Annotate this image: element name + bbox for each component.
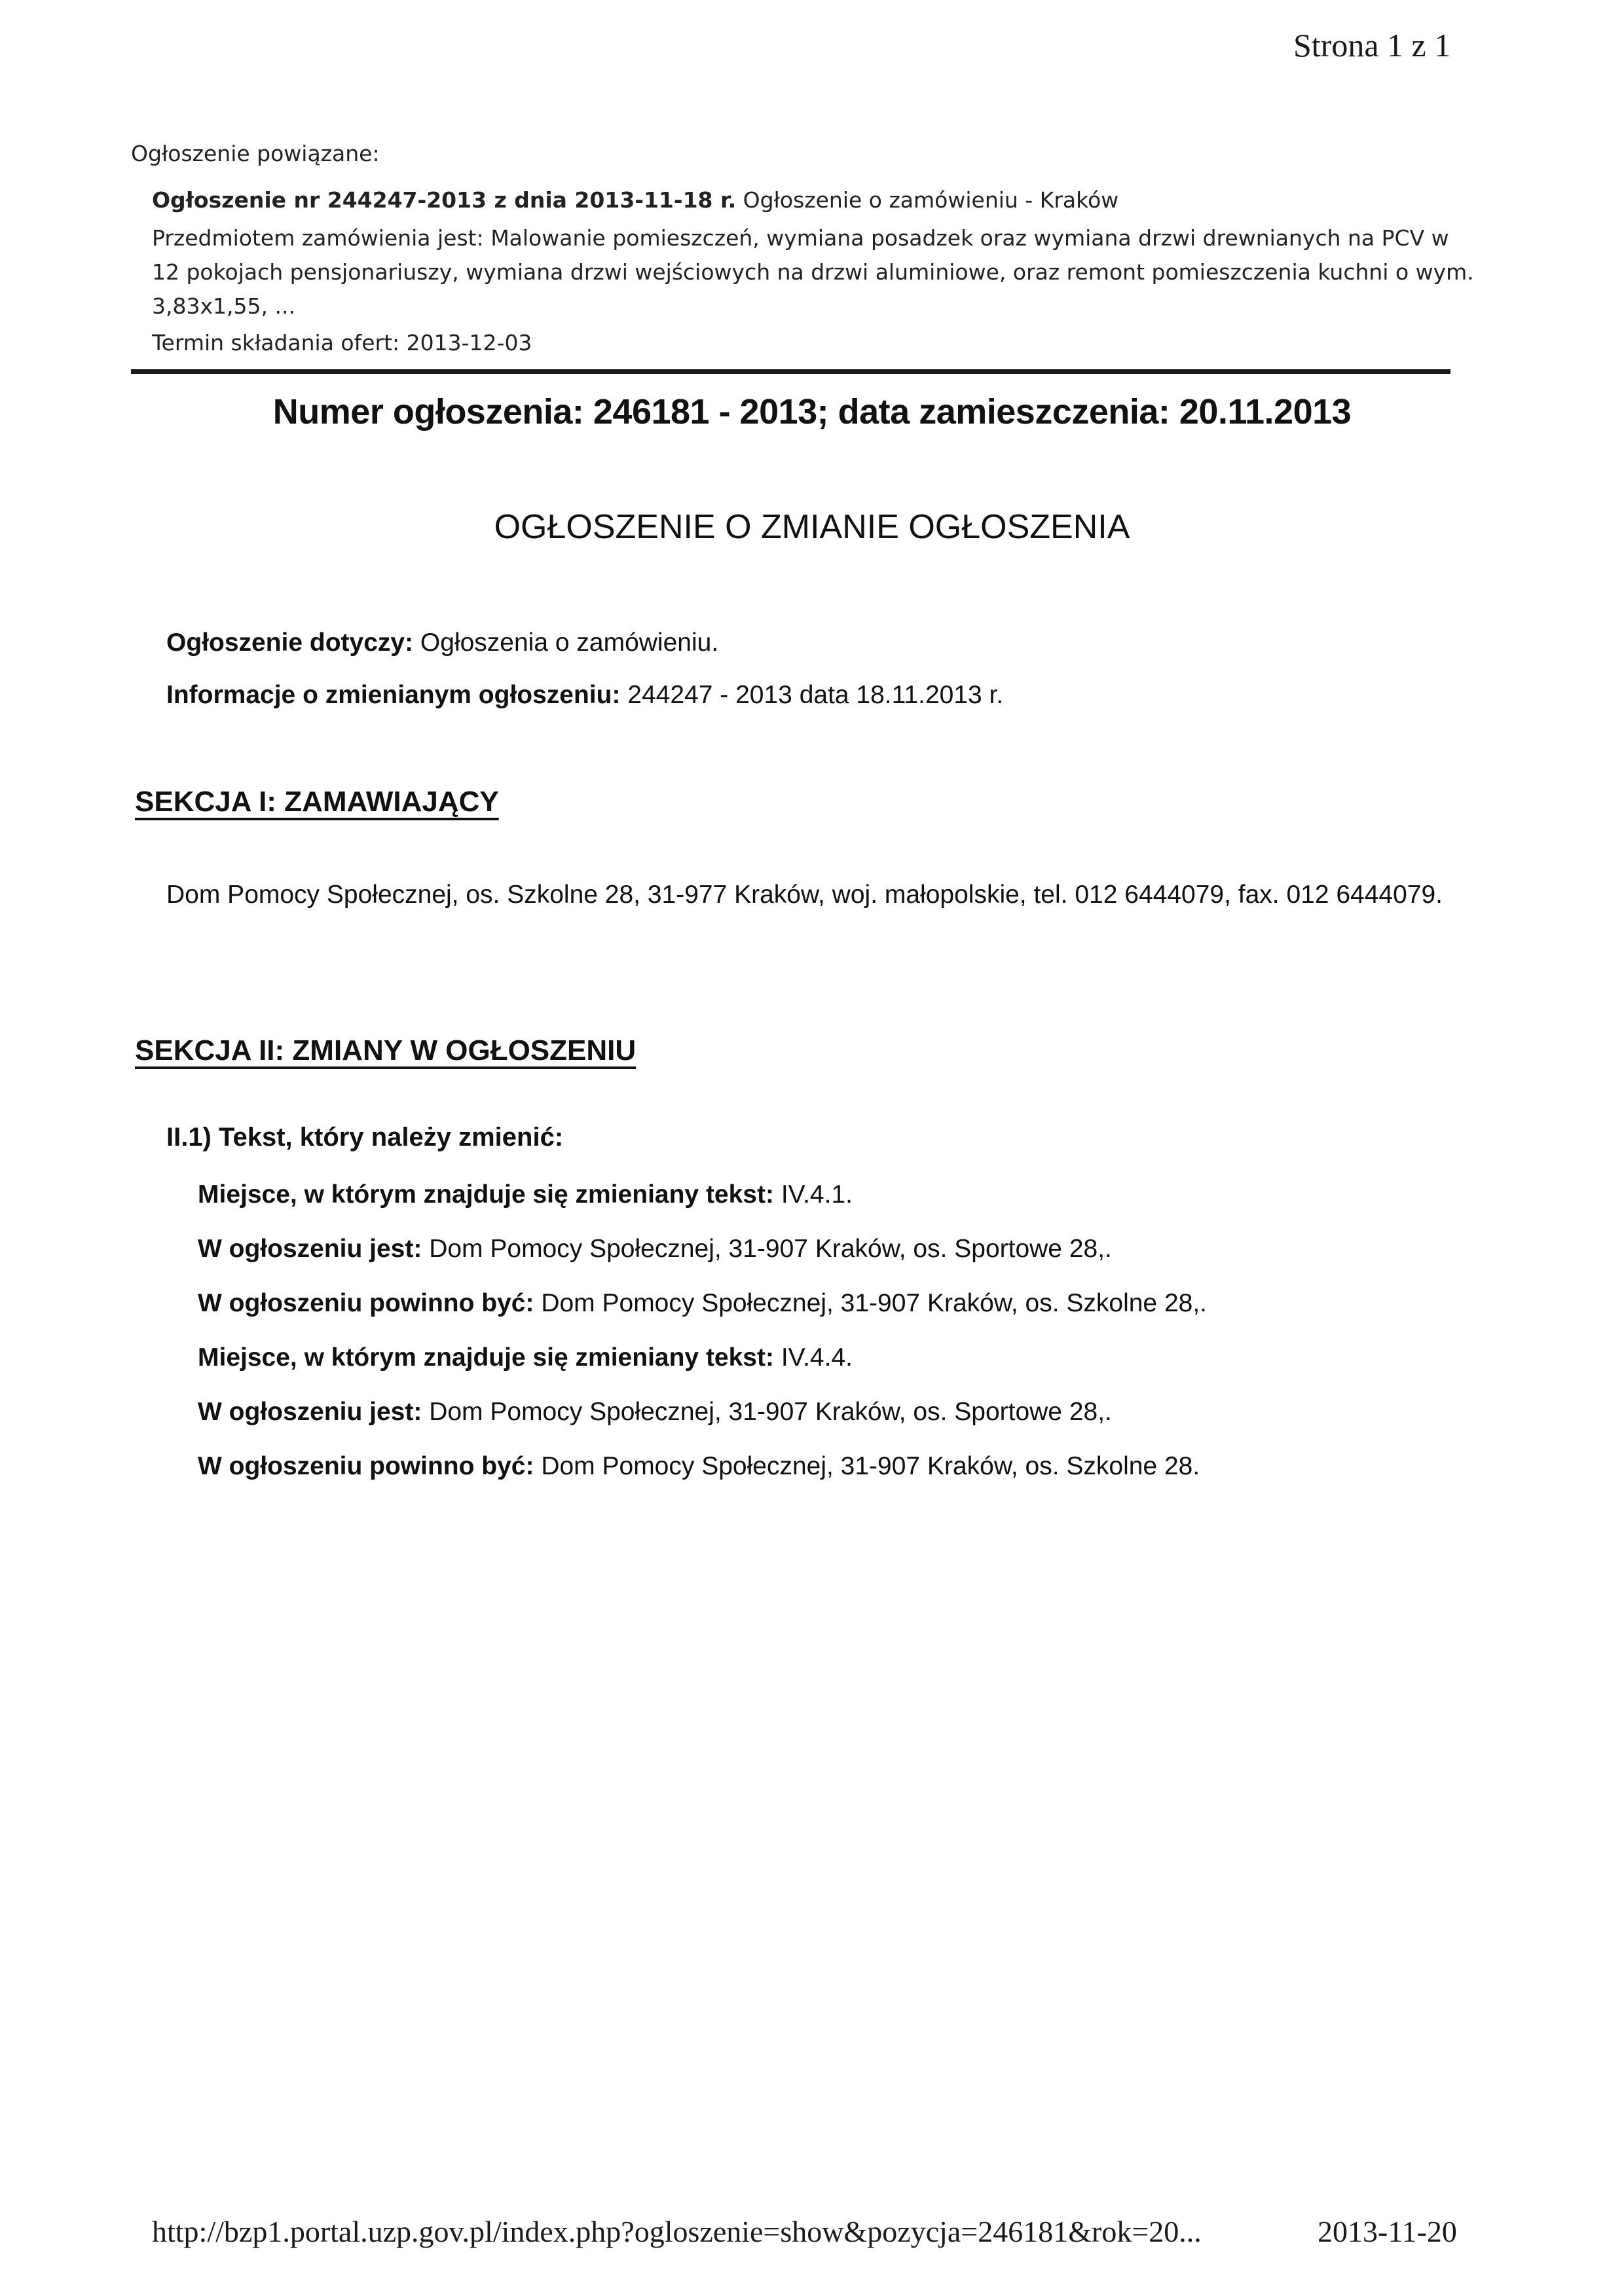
section-2-heading: SEKCJA II: ZMIANY W OGŁOSZENIU — [135, 1034, 636, 1067]
related-notice: Ogłoszenie powiązane: Ogłoszenie nr 2442… — [131, 141, 1480, 360]
notice-concerns-label: Ogłoszenie dotyczy: — [166, 629, 413, 657]
changes-list: Miejsce, w którym znajduje się zmieniany… — [198, 1175, 1207, 1501]
related-ref-number: Ogłoszenie nr 244247-2013 z dnia 2013-11… — [152, 187, 736, 213]
change-row: W ogłoszeniu jest: Dom Pomocy Społecznej… — [198, 1230, 1207, 1284]
change-label: W ogłoszeniu jest: — [198, 1235, 422, 1263]
section-1-heading: SEKCJA I: ZAMAWIAJĄCY — [135, 786, 499, 818]
changed-notice-info: Informacje o zmienianym ogłoszeniu: 2442… — [166, 681, 1003, 710]
change-value: Dom Pomocy Społecznej, 31-907 Kraków, os… — [541, 1289, 1207, 1317]
footer-print-date: 2013-11-20 — [1318, 2214, 1457, 2249]
related-reference: Ogłoszenie nr 244247-2013 z dnia 2013-11… — [152, 183, 1480, 217]
change-label: Miejsce, w którym znajduje się zmieniany… — [198, 1180, 774, 1209]
change-label: W ogłoszeniu jest: — [198, 1398, 422, 1426]
change-value: Dom Pomocy Społecznej, 31-907 Kraków, os… — [541, 1452, 1200, 1480]
related-deadline: Termin składania ofert: 2013-12-03 — [152, 326, 1480, 360]
page-counter: Strona 1 z 1 — [1293, 26, 1450, 64]
change-row: W ogłoszeniu powinno być: Dom Pomocy Spo… — [198, 1447, 1207, 1501]
change-value: Dom Pomocy Społecznej, 31-907 Kraków, os… — [429, 1235, 1112, 1263]
changed-notice-info-label: Informacje o zmienianym ogłoszeniu: — [166, 681, 620, 709]
change-row: Miejsce, w którym znajduje się zmieniany… — [198, 1338, 1207, 1393]
change-row: Miejsce, w którym znajduje się zmieniany… — [198, 1175, 1207, 1230]
related-label: Ogłoszenie powiązane: — [131, 141, 1480, 166]
horizontal-rule — [131, 369, 1450, 374]
related-description: Przedmiotem zamówienia jest: Malowanie p… — [152, 221, 1480, 323]
footer-url: http://bzp1.portal.uzp.gov.pl/index.php?… — [152, 2214, 1202, 2249]
change-row: W ogłoszeniu powinno być: Dom Pomocy Spo… — [198, 1284, 1207, 1338]
contractor-details: Dom Pomocy Społecznej, os. Szkolne 28, 3… — [166, 864, 1450, 926]
change-value: Dom Pomocy Społecznej, 31-907 Kraków, os… — [429, 1398, 1112, 1426]
change-label: W ogłoszeniu powinno być: — [198, 1289, 534, 1317]
notice-concerns: Ogłoszenie dotyczy: Ogłoszenia o zamówie… — [166, 629, 718, 657]
change-label: W ogłoszeniu powinno być: — [198, 1452, 534, 1480]
change-row: W ogłoszeniu jest: Dom Pomocy Społecznej… — [198, 1393, 1207, 1447]
change-label: Miejsce, w którym znajduje się zmieniany… — [198, 1343, 774, 1372]
notice-title: OGŁOSZENIE O ZMIANIE OGŁOSZENIA — [0, 507, 1624, 547]
notice-number-title: Numer ogłoszenia: 246181 - 2013; data za… — [0, 392, 1624, 432]
related-ref-type: Ogłoszenie o zamówieniu - Kraków — [743, 187, 1119, 213]
changed-notice-info-value: 244247 - 2013 data 18.11.2013 r. — [627, 681, 1003, 709]
change-value: IV.4.1. — [781, 1180, 853, 1209]
section-2-subheading: II.1) Tekst, który należy zmienić: — [166, 1123, 563, 1152]
change-value: IV.4.4. — [781, 1343, 853, 1372]
notice-concerns-value: Ogłoszenia o zamówieniu. — [420, 629, 718, 657]
